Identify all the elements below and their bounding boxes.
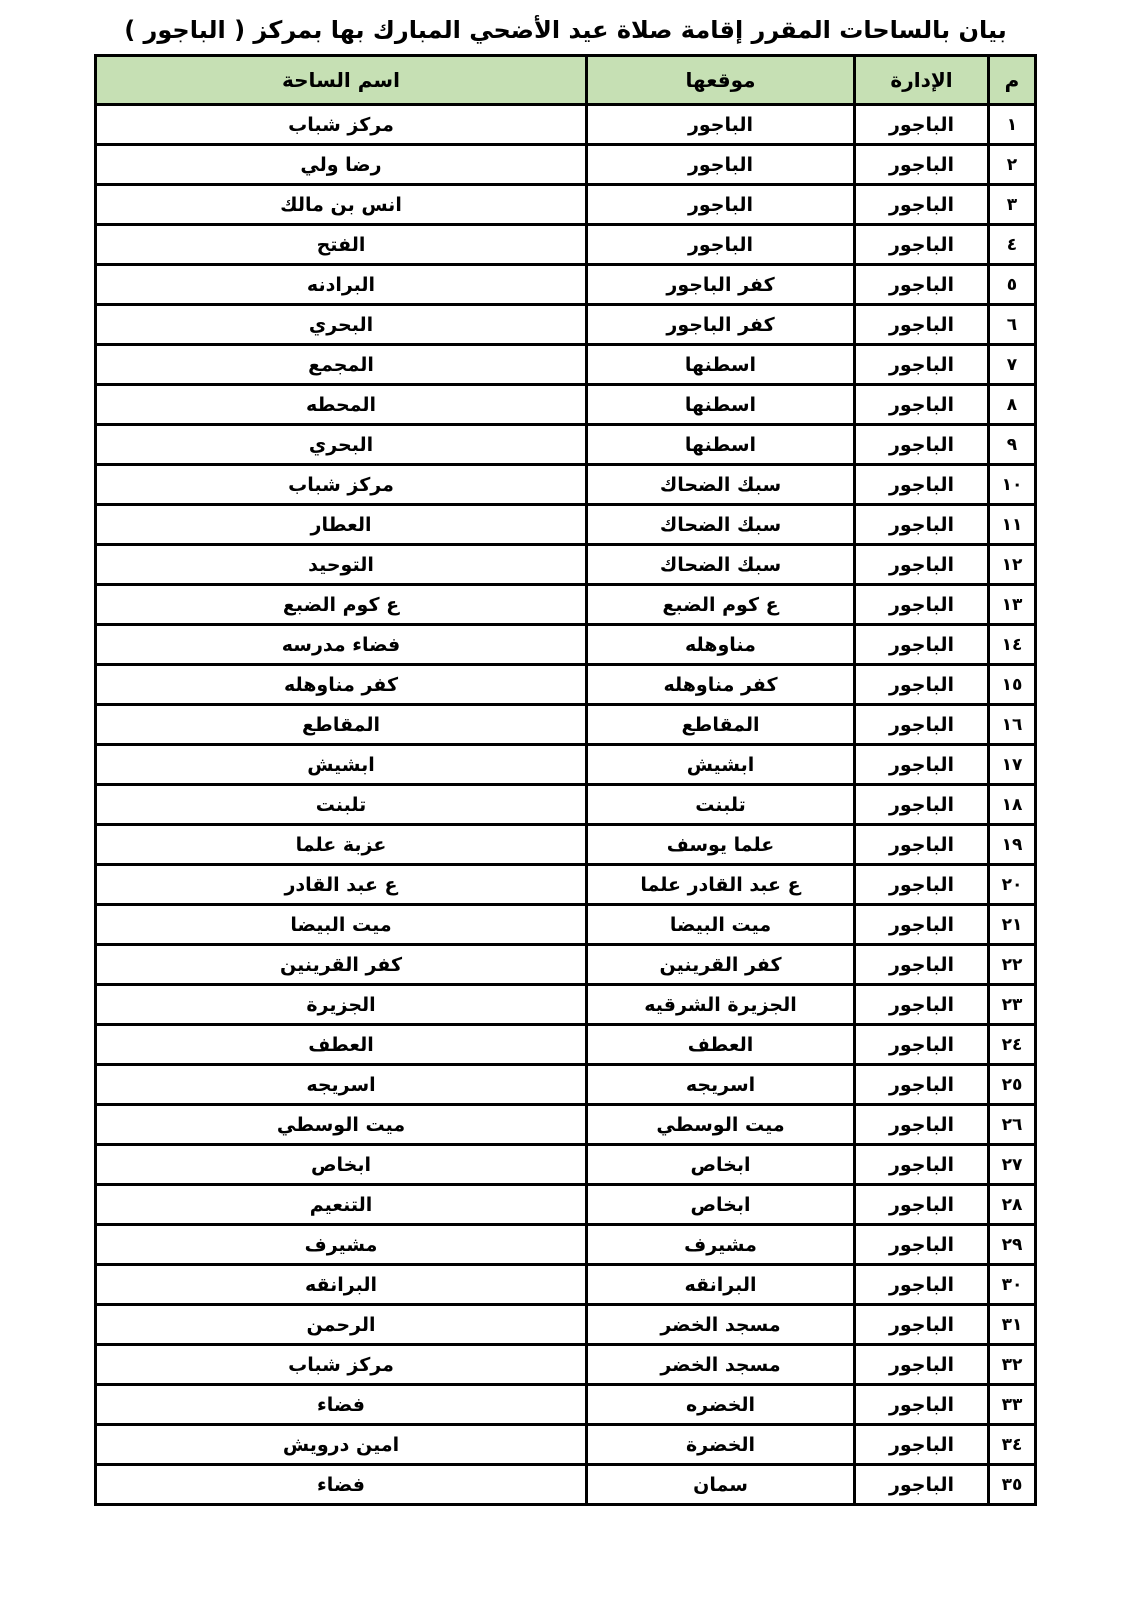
table-row: ٢٣ الباجور الجزيرة الشرقيه الجزيرة (96, 985, 1036, 1025)
cell-name: رضا ولي (96, 145, 587, 185)
cell-name: ميت الوسطي (96, 1105, 587, 1145)
cell-admin: الباجور (855, 1425, 989, 1465)
cell-num: ٢٩ (989, 1225, 1036, 1265)
cell-admin: الباجور (855, 145, 989, 185)
cell-name: البحري (96, 425, 587, 465)
column-header-name: اسم الساحة (96, 56, 587, 105)
table-row: ٢٦ الباجور ميت الوسطي ميت الوسطي (96, 1105, 1036, 1145)
column-header-admin: الإدارة (855, 56, 989, 105)
cell-name: الجزيرة (96, 985, 587, 1025)
cell-location: كفر القرينين (587, 945, 855, 985)
cell-admin: الباجور (855, 1465, 989, 1505)
cell-name: ع عبد القادر (96, 865, 587, 905)
cell-name: المجمع (96, 345, 587, 385)
cell-admin: الباجور (855, 1345, 989, 1385)
table-row: ٣١ الباجور مسجد الخضر الرحمن (96, 1305, 1036, 1345)
cell-name: الرحمن (96, 1305, 587, 1345)
cell-name: العطار (96, 505, 587, 545)
cell-admin: الباجور (855, 1265, 989, 1305)
cell-location: سبك الضحاك (587, 505, 855, 545)
table-row: ٢٢ الباجور كفر القرينين كفر القرينين (96, 945, 1036, 985)
page-title: بيان بالساحات المقرر إقامة صلاة عيد الأض… (0, 16, 1131, 44)
cell-num: ١٤ (989, 625, 1036, 665)
cell-location: الخضره (587, 1385, 855, 1425)
table-row: ٣٣ الباجور الخضره فضاء (96, 1385, 1036, 1425)
cell-location: ابشيش (587, 745, 855, 785)
table-row: ٢١ الباجور ميت البيضا ميت البيضا (96, 905, 1036, 945)
cell-name: كفر القرينين (96, 945, 587, 985)
cell-location: مسجد الخضر (587, 1345, 855, 1385)
cell-num: ٣٤ (989, 1425, 1036, 1465)
cell-num: ١٦ (989, 705, 1036, 745)
cell-admin: الباجور (855, 825, 989, 865)
cell-name: مركز شباب (96, 1345, 587, 1385)
cell-name: امين درويش (96, 1425, 587, 1465)
cell-num: ٣ (989, 185, 1036, 225)
table-row: ١٩ الباجور علما يوسف عزبة علما (96, 825, 1036, 865)
prayer-squares-table: م الإدارة موقعها اسم الساحة ١ الباجور ال… (94, 54, 1037, 1506)
cell-name: مركز شباب (96, 105, 587, 145)
cell-num: ٢٢ (989, 945, 1036, 985)
cell-name: البرادنه (96, 265, 587, 305)
cell-admin: الباجور (855, 545, 989, 585)
table-row: ٤ الباجور الباجور الفتح (96, 225, 1036, 265)
cell-num: ٥ (989, 265, 1036, 305)
table-row: ٣ الباجور الباجور انس بن مالك (96, 185, 1036, 225)
table-row: ٣٠ الباجور البرانقه البرانقه (96, 1265, 1036, 1305)
cell-name: البرانقه (96, 1265, 587, 1305)
table-row: ٩ الباجور اسطنها البحري (96, 425, 1036, 465)
table-row: ٢٥ الباجور اسريجه اسريجه (96, 1065, 1036, 1105)
cell-location: مسجد الخضر (587, 1305, 855, 1345)
cell-num: ٢٤ (989, 1025, 1036, 1065)
table-row: ٢ الباجور الباجور رضا ولي (96, 145, 1036, 185)
cell-admin: الباجور (855, 1305, 989, 1345)
cell-admin: الباجور (855, 585, 989, 625)
cell-location: مشيرف (587, 1225, 855, 1265)
table-row: ٢٤ الباجور العطف العطف (96, 1025, 1036, 1065)
table-row: ٢٠ الباجور ع عبد القادر علما ع عبد القاد… (96, 865, 1036, 905)
cell-name: المحطه (96, 385, 587, 425)
cell-admin: الباجور (855, 1145, 989, 1185)
table-row: ١ الباجور الباجور مركز شباب (96, 105, 1036, 145)
cell-location: ع عبد القادر علما (587, 865, 855, 905)
cell-name: العطف (96, 1025, 587, 1065)
cell-num: ٢١ (989, 905, 1036, 945)
cell-admin: الباجور (855, 625, 989, 665)
cell-num: ٦ (989, 305, 1036, 345)
cell-name: ميت البيضا (96, 905, 587, 945)
table-row: ٢٩ الباجور مشيرف مشيرف (96, 1225, 1036, 1265)
cell-name: تلبنت (96, 785, 587, 825)
cell-name: ابخاص (96, 1145, 587, 1185)
cell-admin: الباجور (855, 745, 989, 785)
cell-location: تلبنت (587, 785, 855, 825)
cell-num: ٣٣ (989, 1385, 1036, 1425)
cell-admin: الباجور (855, 865, 989, 905)
cell-name: ع كوم الضبع (96, 585, 587, 625)
cell-location: المقاطع (587, 705, 855, 745)
cell-name: انس بن مالك (96, 185, 587, 225)
cell-num: ٢٣ (989, 985, 1036, 1025)
cell-name: فضاء (96, 1465, 587, 1505)
cell-name: مشيرف (96, 1225, 587, 1265)
cell-admin: الباجور (855, 705, 989, 745)
cell-location: سبك الضحاك (587, 545, 855, 585)
cell-location: الباجور (587, 225, 855, 265)
cell-location: كفر الباجور (587, 265, 855, 305)
cell-location: الباجور (587, 105, 855, 145)
cell-admin: الباجور (855, 1105, 989, 1145)
table-row: ١٤ الباجور مناوهله فضاء مدرسه (96, 625, 1036, 665)
cell-admin: الباجور (855, 1385, 989, 1425)
cell-location: البرانقه (587, 1265, 855, 1305)
table-row: ٢٨ الباجور ابخاص التنعيم (96, 1185, 1036, 1225)
cell-location: ابخاص (587, 1185, 855, 1225)
cell-num: ١٣ (989, 585, 1036, 625)
table-row: ١٥ الباجور كفر مناوهله كفر مناوهله (96, 665, 1036, 705)
cell-name: فضاء مدرسه (96, 625, 587, 665)
table-row: ٢٧ الباجور ابخاص ابخاص (96, 1145, 1036, 1185)
cell-location: ميت الوسطي (587, 1105, 855, 1145)
cell-location: كفر مناوهله (587, 665, 855, 705)
table-row: ١٦ الباجور المقاطع المقاطع (96, 705, 1036, 745)
cell-location: ابخاص (587, 1145, 855, 1185)
header-row: م الإدارة موقعها اسم الساحة (96, 56, 1036, 105)
cell-num: ١٠ (989, 465, 1036, 505)
cell-name: كفر مناوهله (96, 665, 587, 705)
table-row: ٣٤ الباجور الخضرة امين درويش (96, 1425, 1036, 1465)
cell-location: مناوهله (587, 625, 855, 665)
cell-num: ٢٠ (989, 865, 1036, 905)
cell-location: علما يوسف (587, 825, 855, 865)
cell-admin: الباجور (855, 1185, 989, 1225)
cell-admin: الباجور (855, 985, 989, 1025)
cell-admin: الباجور (855, 505, 989, 545)
cell-num: ١ (989, 105, 1036, 145)
cell-name: فضاء (96, 1385, 587, 1425)
table-row: ٣٥ الباجور سمان فضاء (96, 1465, 1036, 1505)
cell-location: اسطنها (587, 425, 855, 465)
cell-location: ع كوم الضبع (587, 585, 855, 625)
cell-location: سبك الضحاك (587, 465, 855, 505)
cell-num: ٣٥ (989, 1465, 1036, 1505)
column-header-location: موقعها (587, 56, 855, 105)
table-row: ٨ الباجور اسطنها المحطه (96, 385, 1036, 425)
cell-admin: الباجور (855, 425, 989, 465)
cell-location: كفر الباجور (587, 305, 855, 345)
table-row: ٧ الباجور اسطنها المجمع (96, 345, 1036, 385)
cell-num: ١١ (989, 505, 1036, 545)
cell-num: ٢٨ (989, 1185, 1036, 1225)
cell-location: الباجور (587, 185, 855, 225)
cell-num: ٤ (989, 225, 1036, 265)
document-page: بيان بالساحات المقرر إقامة صلاة عيد الأض… (0, 0, 1131, 1506)
cell-num: ٣١ (989, 1305, 1036, 1345)
cell-num: ٢٧ (989, 1145, 1036, 1185)
cell-admin: الباجور (855, 905, 989, 945)
column-header-num: م (989, 56, 1036, 105)
cell-name: الفتح (96, 225, 587, 265)
cell-admin: الباجور (855, 385, 989, 425)
cell-location: الباجور (587, 145, 855, 185)
cell-name: التوحيد (96, 545, 587, 585)
table-row: ٣٢ الباجور مسجد الخضر مركز شباب (96, 1345, 1036, 1385)
cell-admin: الباجور (855, 225, 989, 265)
table-row: ١٠ الباجور سبك الضحاك مركز شباب (96, 465, 1036, 505)
cell-location: اسطنها (587, 345, 855, 385)
cell-num: ١٩ (989, 825, 1036, 865)
cell-admin: الباجور (855, 345, 989, 385)
cell-location: ميت البيضا (587, 905, 855, 945)
cell-num: ١٥ (989, 665, 1036, 705)
cell-location: اسريجه (587, 1065, 855, 1105)
cell-name: التنعيم (96, 1185, 587, 1225)
table-row: ٥ الباجور كفر الباجور البرادنه (96, 265, 1036, 305)
cell-name: عزبة علما (96, 825, 587, 865)
cell-admin: الباجور (855, 665, 989, 705)
cell-admin: الباجور (855, 305, 989, 345)
cell-num: ٣٢ (989, 1345, 1036, 1385)
table-row: ١٨ الباجور تلبنت تلبنت (96, 785, 1036, 825)
table-row: ١١ الباجور سبك الضحاك العطار (96, 505, 1036, 545)
cell-num: ١٢ (989, 545, 1036, 585)
cell-name: اسريجه (96, 1065, 587, 1105)
cell-admin: الباجور (855, 1225, 989, 1265)
cell-num: ٨ (989, 385, 1036, 425)
cell-admin: الباجور (855, 185, 989, 225)
cell-num: ٩ (989, 425, 1036, 465)
cell-name: المقاطع (96, 705, 587, 745)
cell-num: ١٧ (989, 745, 1036, 785)
table-row: ١٢ الباجور سبك الضحاك التوحيد (96, 545, 1036, 585)
table-row: ١٣ الباجور ع كوم الضبع ع كوم الضبع (96, 585, 1036, 625)
cell-location: اسطنها (587, 385, 855, 425)
cell-num: ٢ (989, 145, 1036, 185)
cell-num: ١٨ (989, 785, 1036, 825)
table-row: ٦ الباجور كفر الباجور البحري (96, 305, 1036, 345)
cell-admin: الباجور (855, 105, 989, 145)
cell-name: ابشيش (96, 745, 587, 785)
cell-location: العطف (587, 1025, 855, 1065)
cell-num: ٣٠ (989, 1265, 1036, 1305)
cell-admin: الباجور (855, 265, 989, 305)
cell-admin: الباجور (855, 785, 989, 825)
cell-name: البحري (96, 305, 587, 345)
table-body: ١ الباجور الباجور مركز شباب ٢ الباجور ال… (96, 105, 1036, 1505)
cell-location: سمان (587, 1465, 855, 1505)
cell-admin: الباجور (855, 1065, 989, 1105)
cell-name: مركز شباب (96, 465, 587, 505)
cell-num: ٢٦ (989, 1105, 1036, 1145)
table-row: ١٧ الباجور ابشيش ابشيش (96, 745, 1036, 785)
cell-admin: الباجور (855, 945, 989, 985)
cell-admin: الباجور (855, 465, 989, 505)
cell-location: الخضرة (587, 1425, 855, 1465)
cell-location: الجزيرة الشرقيه (587, 985, 855, 1025)
cell-num: ٢٥ (989, 1065, 1036, 1105)
cell-admin: الباجور (855, 1025, 989, 1065)
cell-num: ٧ (989, 345, 1036, 385)
